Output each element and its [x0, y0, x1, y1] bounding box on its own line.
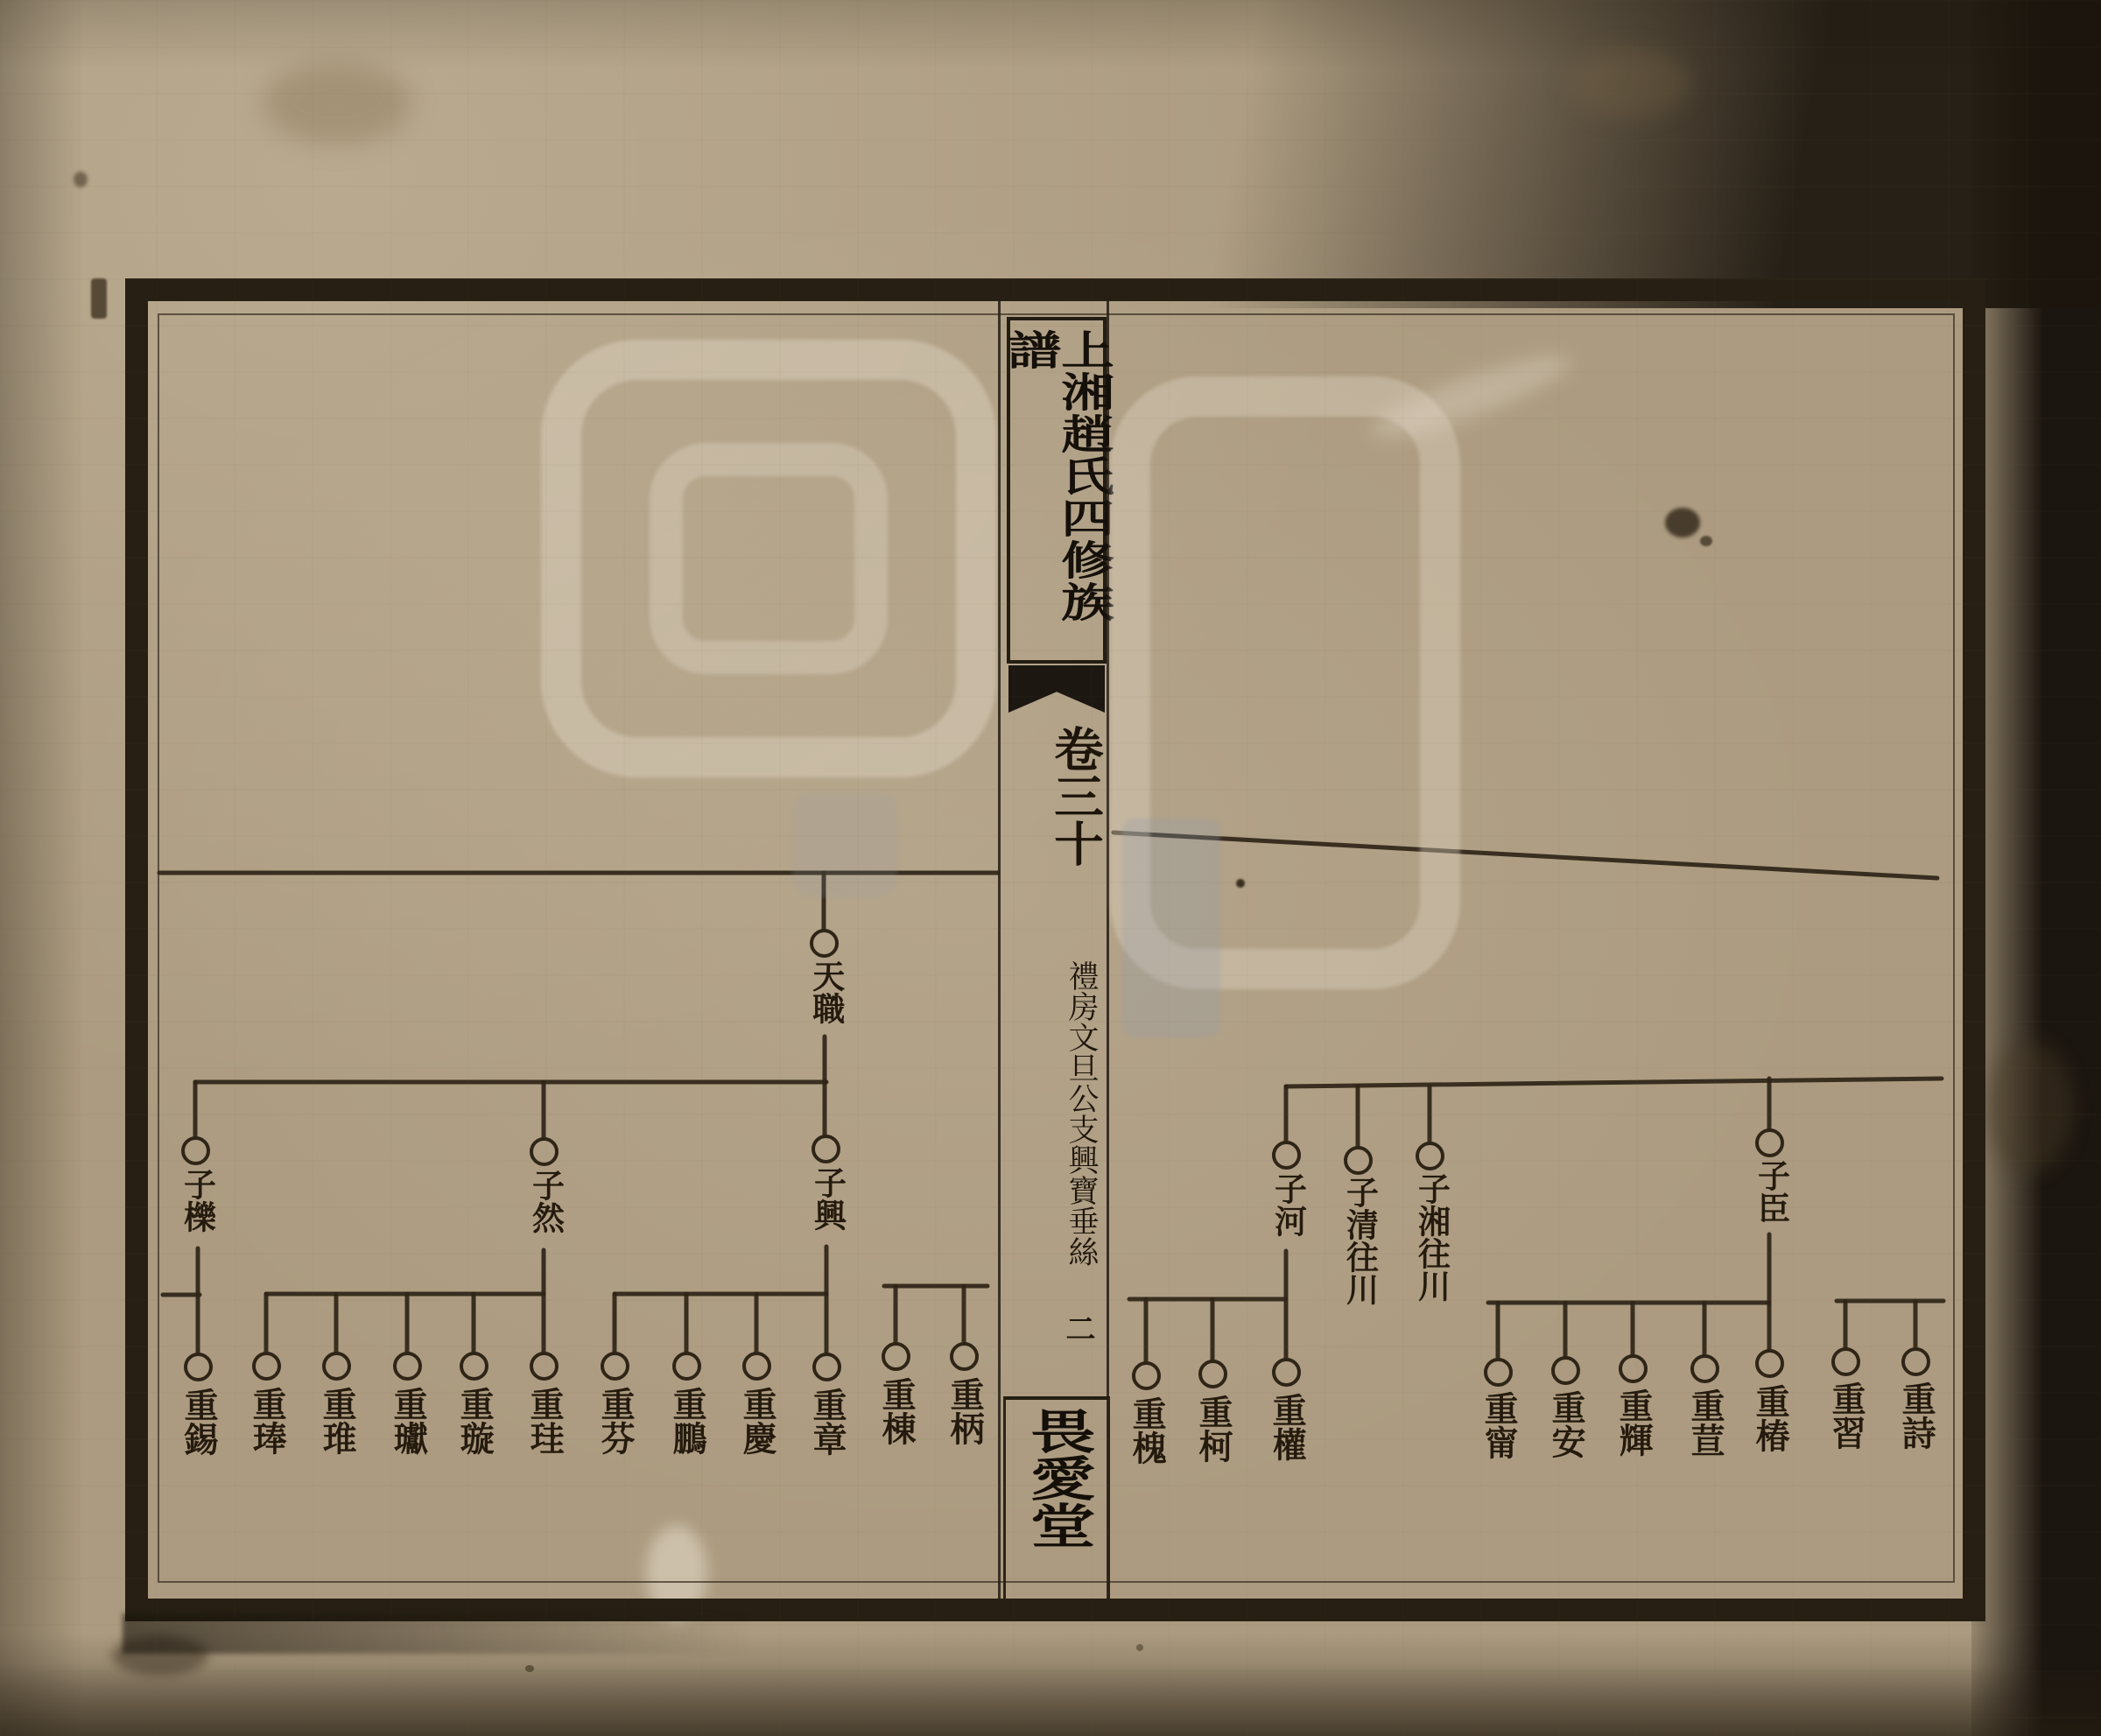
tree-svg: [0, 0, 2101, 1736]
person-label: 重安: [1546, 1390, 1585, 1458]
person-label: 重荁: [1685, 1388, 1724, 1457]
person-circle: [1198, 1360, 1227, 1388]
person-circle: [530, 1352, 559, 1381]
person-label: 子湘往川: [1412, 1172, 1448, 1302]
person-label: 子櫟: [178, 1168, 214, 1233]
person-label: 重章: [807, 1388, 846, 1456]
person-circle: [1755, 1349, 1784, 1378]
person-circle: [950, 1342, 979, 1371]
person-label: 重瓛: [388, 1387, 426, 1455]
person-circle: [672, 1352, 701, 1381]
person-circle: [812, 1135, 840, 1163]
person-circle: [1831, 1347, 1860, 1376]
person-circle: [1755, 1128, 1784, 1157]
tree-line: [1114, 833, 1937, 878]
person-label: 重芬: [595, 1387, 634, 1455]
person-circle: [601, 1352, 629, 1381]
person-circle: [1901, 1347, 1930, 1376]
person-label: 重鵬: [667, 1387, 706, 1455]
person-label: 重珪: [524, 1387, 563, 1455]
person-circle: [1484, 1358, 1513, 1387]
person-circle: [742, 1352, 771, 1381]
person-circle: [460, 1352, 488, 1381]
person-label: 子河: [1268, 1172, 1304, 1237]
person-label: 重錫: [179, 1388, 217, 1456]
person-label: 重柄: [945, 1377, 983, 1445]
person-circle: [393, 1352, 422, 1381]
person-label: 子清往川: [1340, 1176, 1376, 1305]
person-circle: [1690, 1354, 1719, 1383]
person-circle: [252, 1352, 281, 1381]
person-circle: [184, 1353, 213, 1381]
person-label: 重慶: [737, 1387, 776, 1455]
person-label: 重琫: [247, 1387, 285, 1455]
person-label: 重柯: [1193, 1395, 1232, 1463]
person-label: 重習: [1826, 1381, 1865, 1450]
person-circle: [181, 1136, 210, 1165]
person-label: 重椿: [1750, 1384, 1788, 1452]
person-label: 重琟: [317, 1387, 355, 1455]
person-circle: [1272, 1358, 1301, 1387]
person-circle: [1272, 1141, 1301, 1170]
person-circle: [812, 1353, 841, 1381]
person-circle: [322, 1352, 351, 1381]
person-label: 重棟: [876, 1377, 915, 1445]
person-circle: [1344, 1146, 1373, 1175]
person-label: 重詩: [1896, 1381, 1935, 1450]
person-circle: [530, 1137, 559, 1166]
tree-line: [1286, 1079, 1942, 1086]
person-circle: [882, 1342, 910, 1371]
person-label: 子然: [526, 1169, 562, 1233]
person-circle: [810, 929, 839, 958]
person-circle: [1416, 1142, 1444, 1170]
person-label: 重輝: [1613, 1388, 1652, 1457]
person-circle: [1551, 1356, 1580, 1385]
person-label: 重璇: [454, 1387, 493, 1455]
person-label: 重權: [1267, 1393, 1305, 1461]
person-circle: [1619, 1354, 1648, 1383]
person-circle: [1132, 1361, 1161, 1390]
scanned-genealogy-page: 上湘趙氏四修族譜 卷三十 禮房文旦公支興寶垂絲 二 畏愛堂 天職子櫟子然子興子河…: [0, 0, 2101, 1736]
person-label: 重甯: [1479, 1391, 1517, 1459]
person-label: 重槐: [1127, 1396, 1165, 1465]
person-label: 天職: [806, 959, 843, 1024]
person-label: 子興: [808, 1166, 844, 1231]
person-label: 子臣: [1752, 1159, 1788, 1224]
